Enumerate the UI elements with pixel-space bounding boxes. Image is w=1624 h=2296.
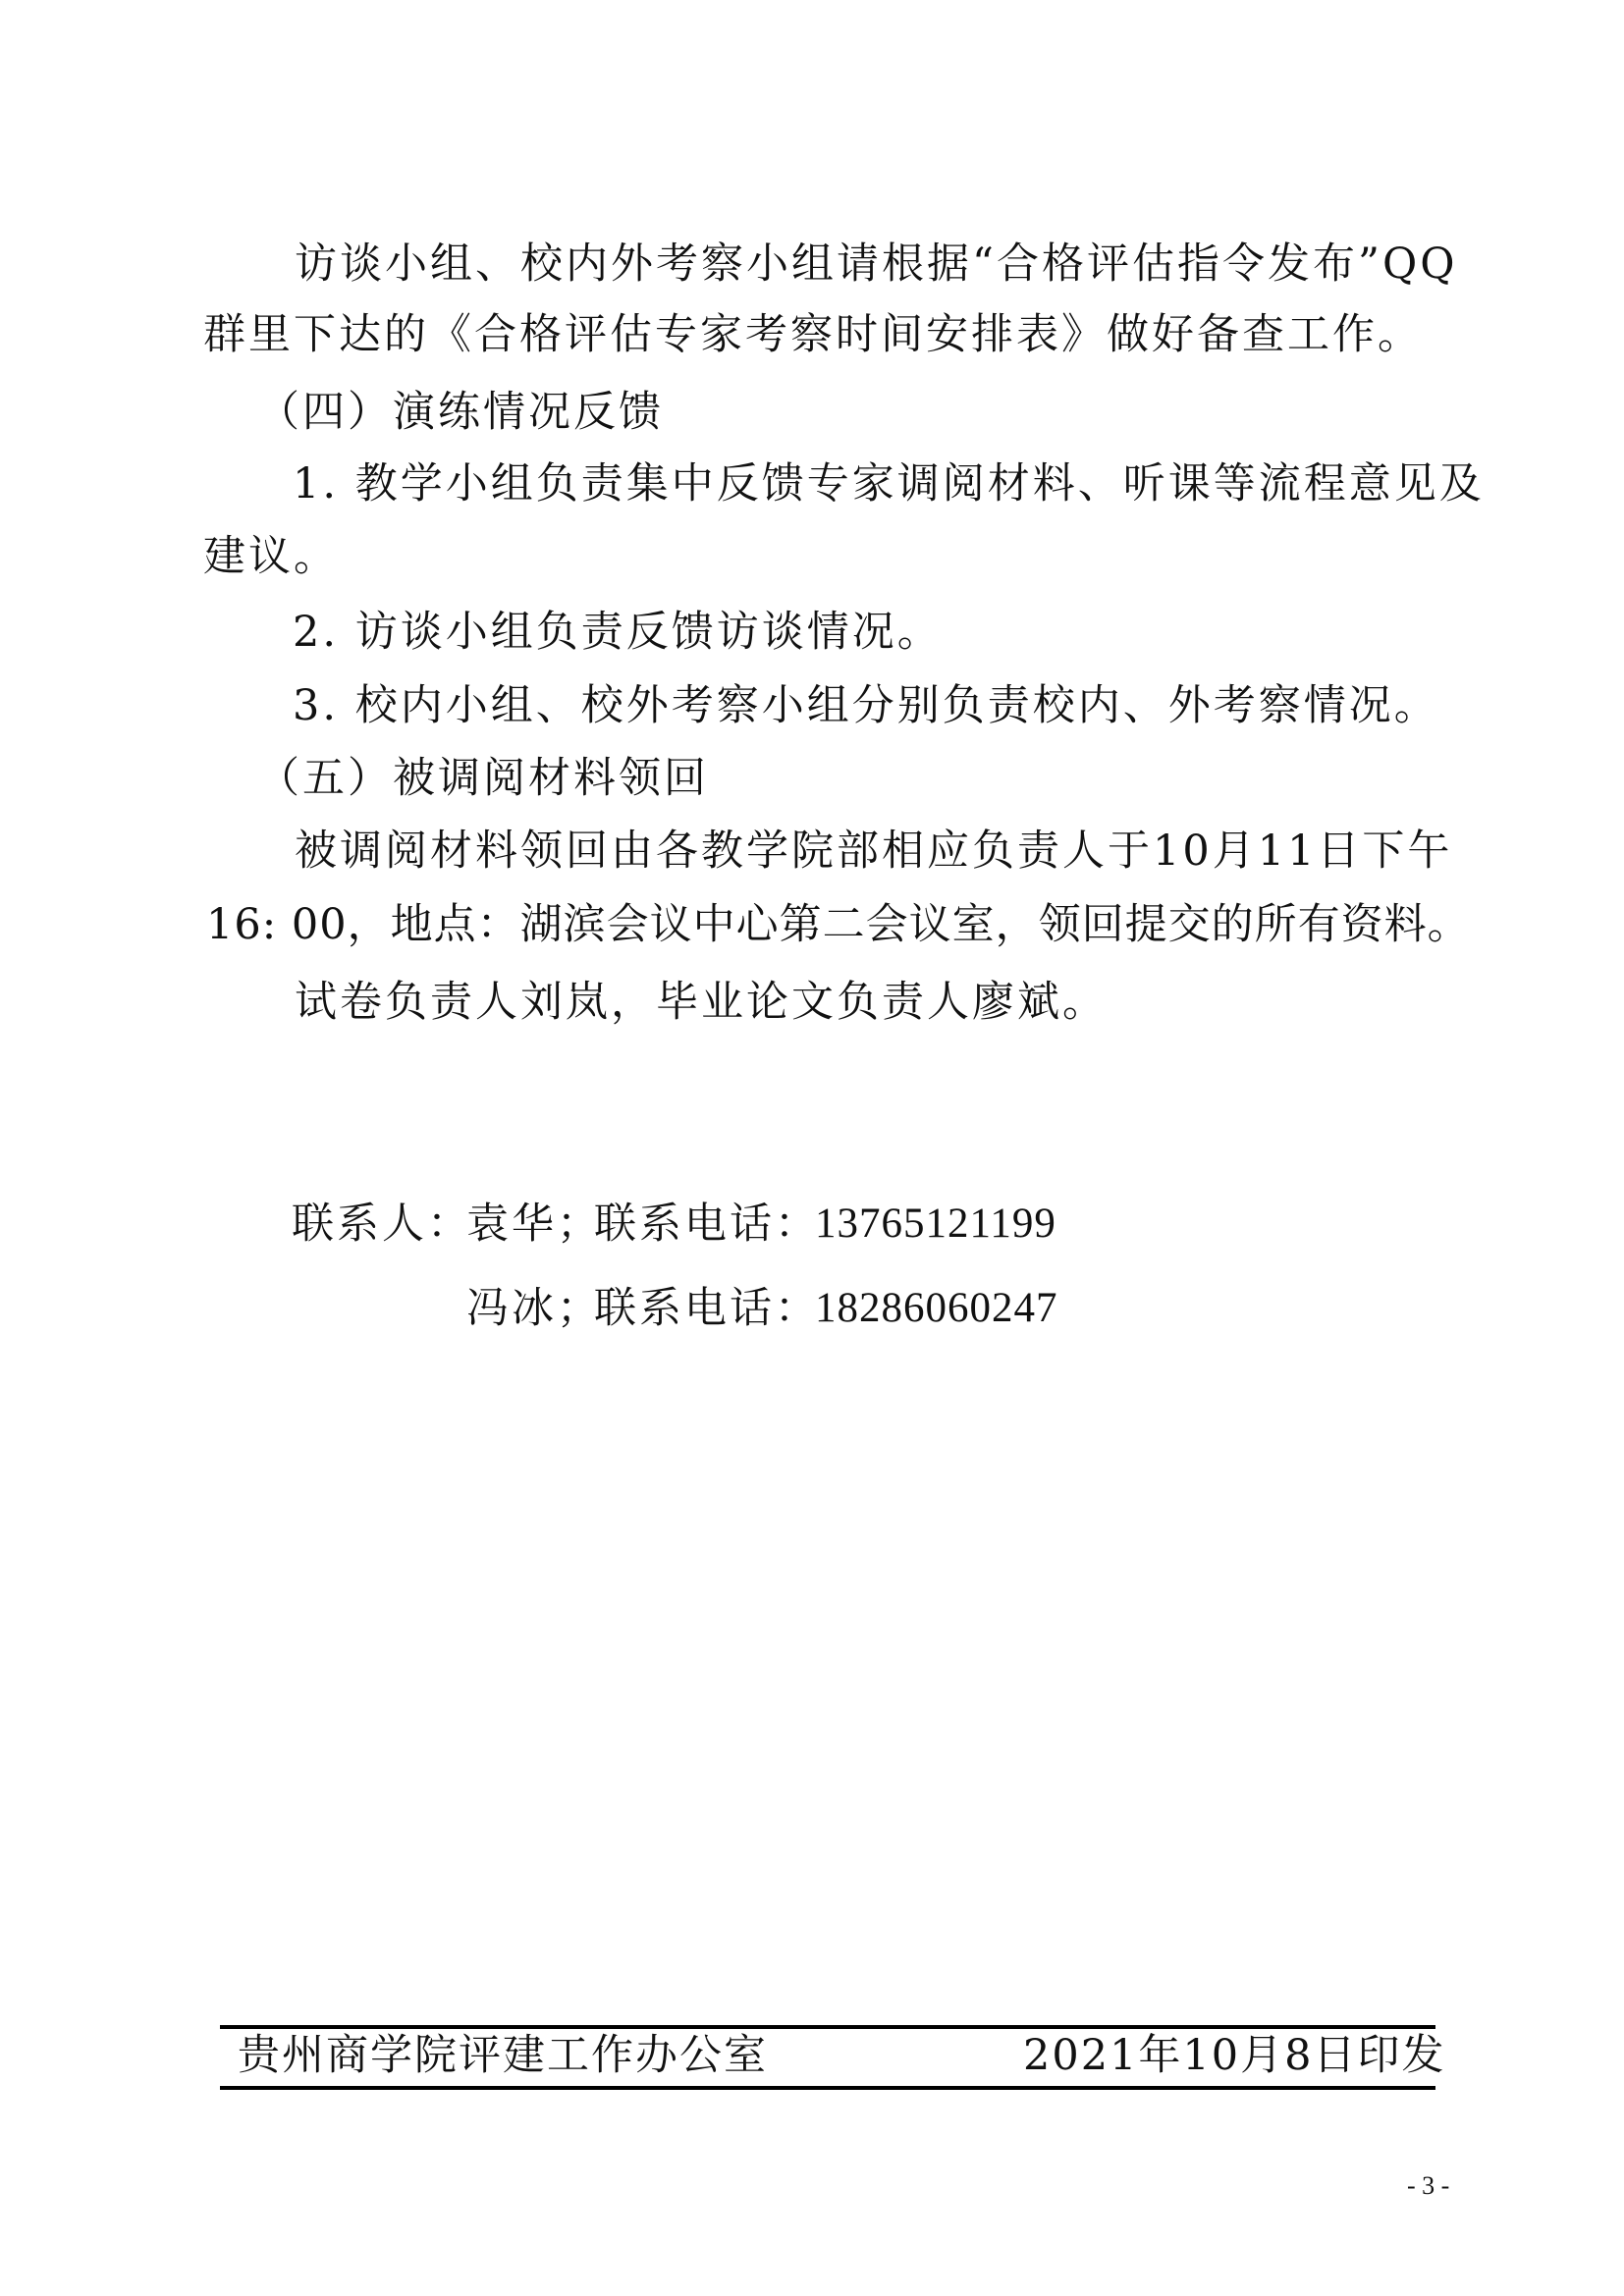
contact-phone-label: 联系电话：: [594, 1197, 820, 1252]
footer-issuer: 贵州商学院评建工作办公室: [238, 2028, 768, 2083]
page-number: - 3 -: [1407, 2171, 1449, 2201]
contact-name: 冯冰；: [466, 1281, 602, 1336]
contact-phone-label: 联系电话：: [594, 1281, 820, 1336]
paragraph-line: 建议。: [203, 529, 339, 584]
footer-date: 2021年10月8日印发: [1023, 2028, 1446, 2083]
paragraph-line: 访谈小组、校内外考察小组请根据“合格评估指令发布”QQ: [295, 237, 1457, 292]
section-heading: （四）演练情况反馈: [257, 385, 664, 440]
paragraph-line: 被调阅材料领回由各教学院部相应负责人于10月11日下午: [295, 824, 1452, 879]
contact-phone: 13765121199: [815, 1197, 1056, 1252]
contact-label: 联系人：: [292, 1197, 472, 1252]
list-item: 2. 访谈小组负责反馈访谈情况。: [293, 605, 943, 660]
list-item: 3. 校内小组、校外考察小组分别负责校内、外考察情况。: [293, 678, 1439, 733]
paragraph-line: 群里下达的《合格评估专家考察时间安排表》做好备查工作。: [203, 307, 1423, 362]
contact-phone: 18286060247: [815, 1281, 1058, 1336]
paragraph-line: 试卷负责人刘岚，毕业论文负责人廖斌。: [295, 975, 1108, 1030]
list-item: 1. 教学小组负责集中反馈专家调阅材料、听课等流程意见及: [293, 456, 1485, 511]
footer-bottom-rule: [220, 2086, 1435, 2090]
section-heading: （五）被调阅材料领回: [257, 751, 709, 806]
paragraph-line: 16: 00，地点：湖滨会议中心第二会议室，领回提交的所有资料。: [206, 897, 1471, 952]
contact-name: 袁华；: [466, 1197, 602, 1252]
